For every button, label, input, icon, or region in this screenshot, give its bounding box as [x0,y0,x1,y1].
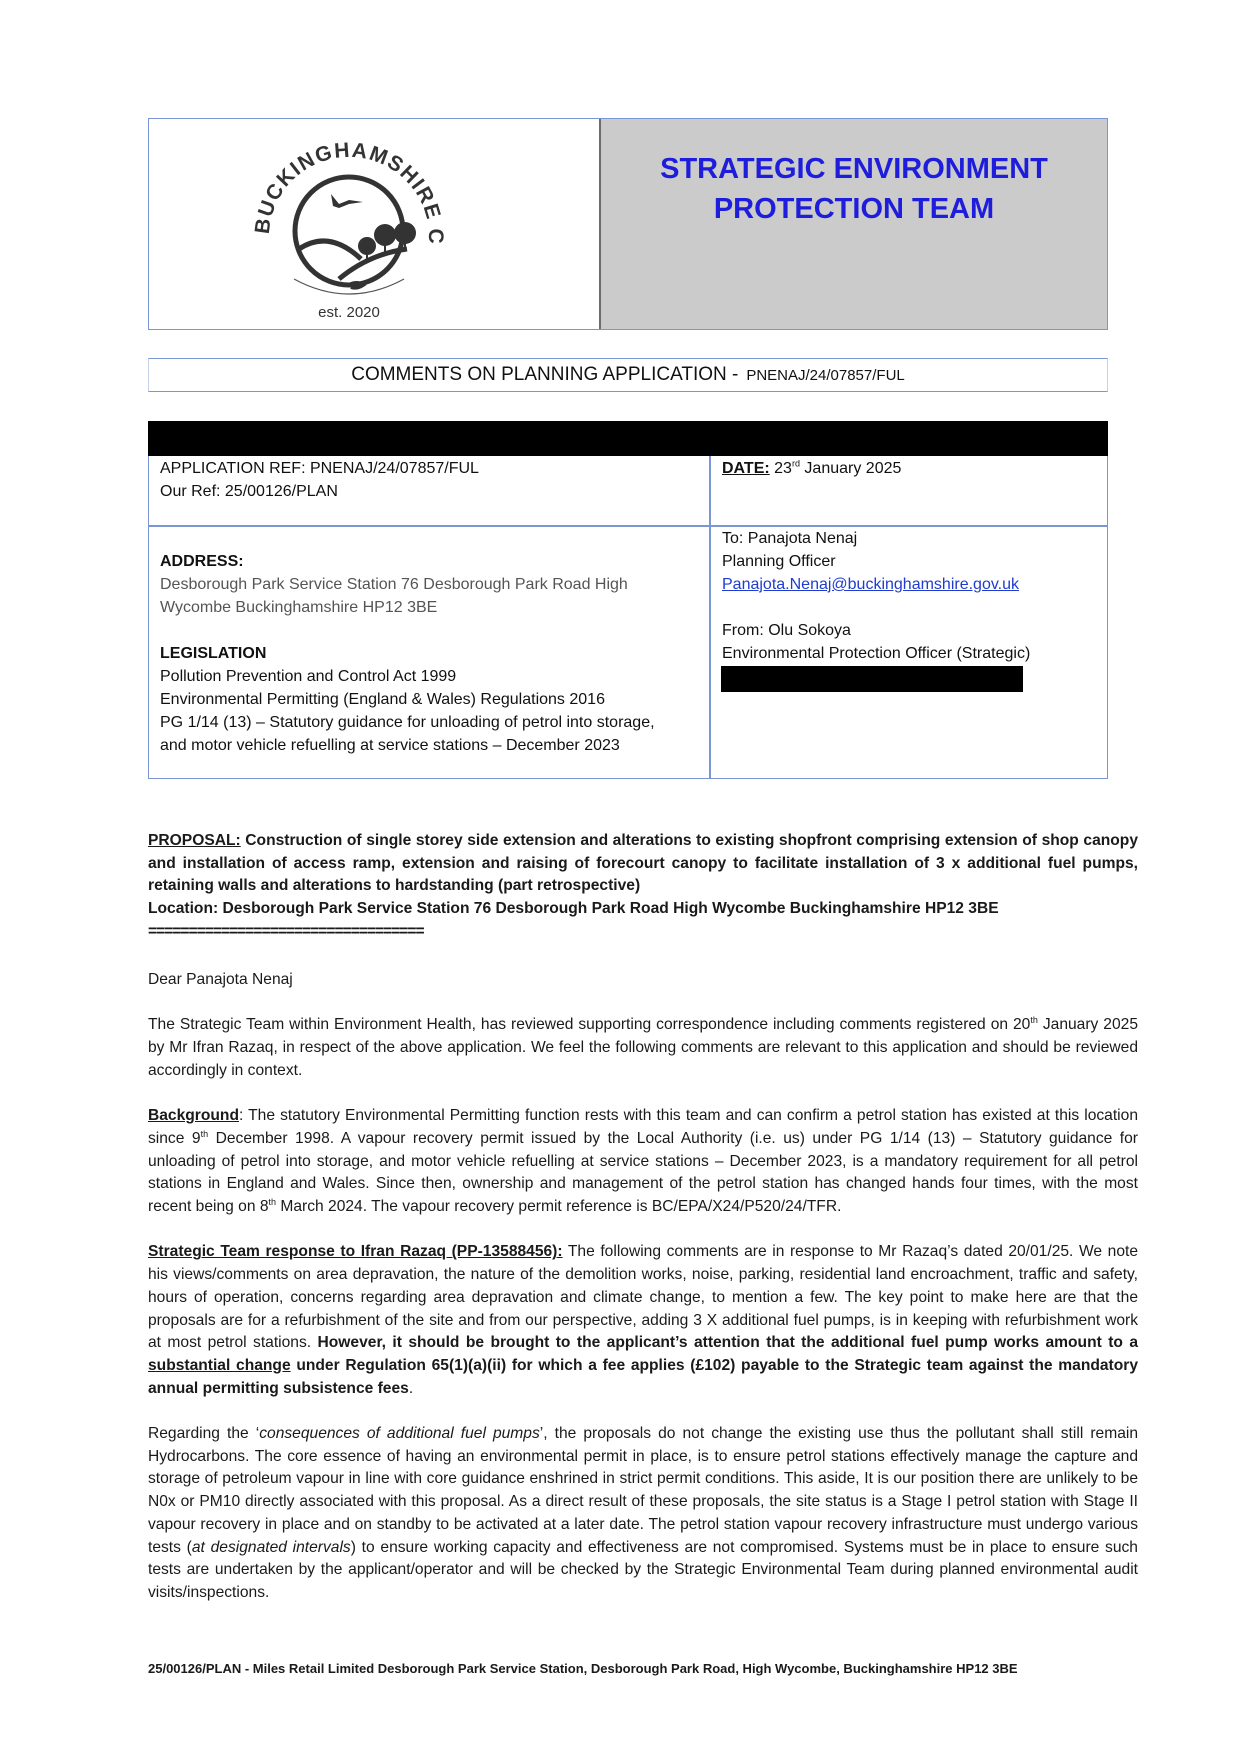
table-column-divider [709,456,711,778]
legislation-item: and motor vehicle refuelling at service … [160,734,655,757]
ordinal-suffix: th [201,1129,209,1139]
recipient-cell: To: Panajota Nenaj Planning Officer Pana… [722,527,1030,665]
proposal-location: Location: Desborough Park Service Statio… [148,898,1138,921]
reference-table: APPLICATION REF: PNENAJ/24/07857/FUL Our… [148,456,1108,779]
ordinal-suffix: th [1030,1015,1038,1025]
document-header: BUCKINGHAMSHIRE COUNCIL est. 2020 STRATE… [148,118,1108,330]
consequences-italic: consequences of additional fuel pumps [259,1425,540,1442]
our-ref: Our Ref: 25/00126/PLAN [160,480,479,503]
response-text: . [409,1380,413,1397]
salutation: Dear Panajota Nenaj [148,969,1138,992]
background-paragraph: Background: The statutory Environmental … [148,1105,1138,1219]
date-suffix: rd [792,459,800,469]
consequences-text: Regarding the ‘ [148,1425,259,1442]
redacted-band [148,421,1108,456]
proposal-block: PROPOSAL: Construction of single storey … [148,830,1138,944]
response-emphasis-underlined: substantial change [148,1357,291,1374]
legislation-item: PG 1/14 (13) – Statutory guidance for un… [160,711,655,734]
from-name: From: Olu Sokoya [722,619,1030,642]
intro-text: The Strategic Team within Environment He… [148,1016,1030,1033]
consequences-text: ’, the proposals do not change the exist… [148,1425,1138,1556]
to-email-link[interactable]: Panajota.Nenaj@buckinghamshire.gov.uk [722,576,1019,593]
address-line-1: Desborough Park Service Station 76 Desbo… [160,573,655,596]
response-label: Strategic Team response to Ifran Razaq (… [148,1243,563,1260]
proposal-text: Construction of single storey side exten… [148,832,1138,894]
date-day: 23 [774,460,792,477]
date-rest: January 2025 [804,460,901,477]
application-ref-cell: APPLICATION REF: PNENAJ/24/07857/FUL Our… [160,457,479,503]
ordinal-suffix: th [269,1197,277,1207]
buckinghamshire-council-logo-icon: BUCKINGHAMSHIRE COUNCIL est. 2020 [149,119,599,329]
page-footer: 25/00126/PLAN - Miles Retail Limited Des… [148,1661,1138,1676]
intro-paragraph: The Strategic Team within Environment He… [148,1014,1138,1082]
from-role: Environmental Protection Officer (Strate… [722,642,1030,665]
response-paragraph: Strategic Team response to Ifran Razaq (… [148,1241,1138,1400]
comments-heading-label: COMMENTS ON PLANNING APPLICATION - [351,364,738,386]
consequences-paragraph: Regarding the ‘consequences of additiona… [148,1423,1138,1605]
council-logo-cell: BUCKINGHAMSHIRE COUNCIL est. 2020 [149,119,599,329]
team-title-panel: STRATEGIC ENVIRONMENT PROTECTION TEAM [599,119,1107,329]
legislation-item: Pollution Prevention and Control Act 199… [160,665,655,688]
redacted-contact [721,666,1023,692]
address-line-2: Wycombe Buckinghamshire HP12 3BE [160,596,655,619]
to-name: To: Panajota Nenaj [722,527,1030,550]
proposal-label: PROPOSAL: [148,832,241,849]
proposal-separator: ================================== [148,921,1138,944]
response-emphasis: under Regulation 65(1)(a)(ii) for which … [148,1357,1138,1397]
address-cell: ADDRESS: Desborough Park Service Station… [160,550,655,757]
background-text: March 2024. The vapour recovery permit r… [276,1198,841,1215]
comments-heading-bar: COMMENTS ON PLANNING APPLICATION - PNENA… [148,358,1108,392]
background-label: Background [148,1107,239,1124]
comments-heading-ref: PNENAJ/24/07857/FUL [746,367,904,384]
team-title: STRATEGIC ENVIRONMENT PROTECTION TEAM [660,149,1048,329]
date-cell: DATE: 23rd January 2025 [722,457,901,480]
response-emphasis: However, it should be brought to the app… [318,1334,1138,1351]
date-label: DATE: [722,460,770,477]
legislation-item: Environmental Permitting (England & Wale… [160,688,655,711]
to-role: Planning Officer [722,550,1030,573]
legislation-label: LEGISLATION [160,642,655,665]
address-label: ADDRESS: [160,550,655,573]
logo-established-text: est. 2020 [318,304,380,321]
letter-body: Dear Panajota Nenaj The Strategic Team w… [148,969,1138,1605]
consequences-italic: at designated intervals [192,1539,351,1556]
application-ref: APPLICATION REF: PNENAJ/24/07857/FUL [160,457,479,480]
